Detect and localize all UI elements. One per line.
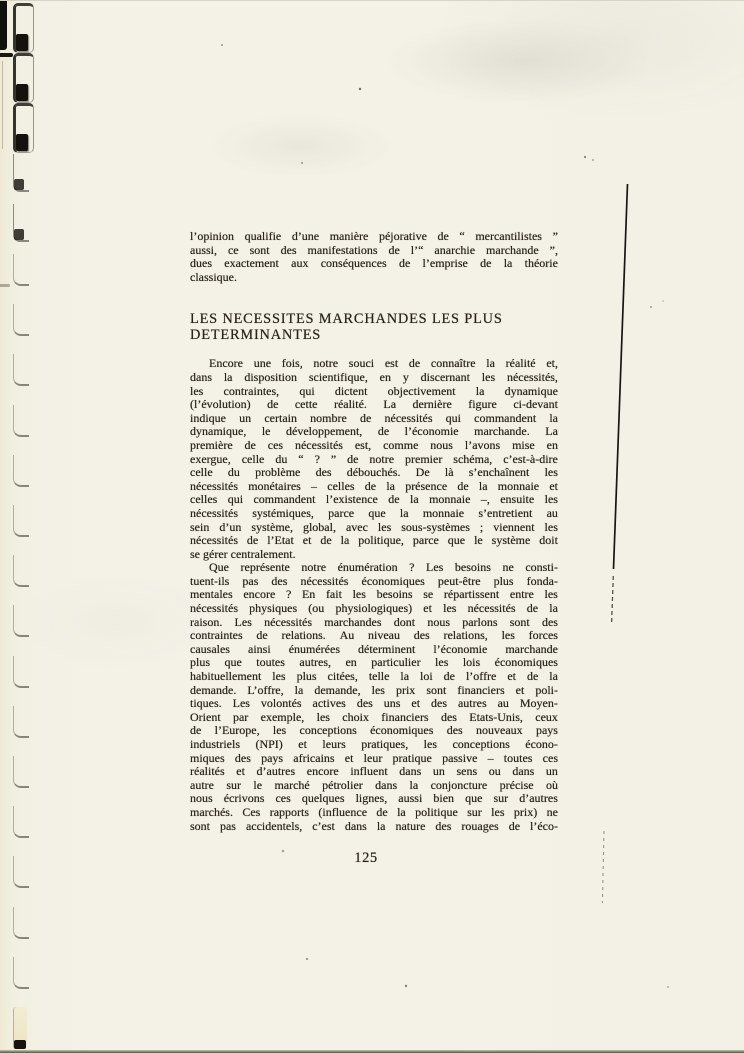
text-block: l’opinionqualified’unemanièrepéjoratived…: [190, 230, 558, 866]
text-line: seind’unsystème,global,aveclessous-systè…: [190, 521, 558, 535]
text-line: LES NECESSITES MARCHANDES LES PLUS: [190, 311, 558, 327]
text-line: l’opinionqualified’unemanièrepéjoratived…: [190, 230, 558, 244]
text-line: aussi,cesontdesmanifestationsdel’“anarch…: [190, 244, 558, 258]
binding-hole-mark: [13, 505, 29, 537]
text-line: exergue,celledu“?”denotrepremierschéma,c…: [190, 453, 558, 467]
text-line: marchés.Cesrapports(influencedelapolitiq…: [190, 806, 558, 820]
body-paragraph-1: l’opinionqualified’unemanièrepéjoratived…: [190, 230, 558, 284]
page-edge-dash: [0, 53, 13, 57]
binding-hole-mark: [13, 53, 34, 103]
text-line: cellesquicommandentl’existencedelamonnai…: [190, 493, 558, 507]
text-line: plusquetoutesautres,enparticulierleslois…: [190, 656, 558, 670]
text-line: tuent-ilspasdesnécessitéséconomiquespeut…: [190, 575, 558, 589]
text-line: classique.: [190, 271, 558, 285]
text-line: (l’évolution)decetteréalité.Ladernièrefi…: [190, 398, 558, 412]
text-line: nécessitéssystémiques,parcequelamonnaies…: [190, 507, 558, 521]
text-line: nousécrivonscesquelqueslignes,aussibienq…: [190, 792, 558, 806]
binding-hole-mark: [13, 806, 29, 838]
page-background: l’opinionqualified’unemanièrepéjoratived…: [0, 0, 744, 1053]
text-line: causalesainsiénuméréesdéterminentl’écono…: [190, 643, 558, 657]
text-line: demande.L’offre,lademande,lesprixsontfin…: [190, 684, 558, 698]
text-line: premièredecesnécessitésest,commenousl’av…: [190, 439, 558, 453]
text-line: dansladispositionscientifique,enydiscern…: [190, 371, 558, 385]
binding-hole-mark: [13, 856, 29, 888]
binding-hole-mark: [13, 455, 29, 487]
text-line: nécessitésmonétaires–cellesdelaprésenced…: [190, 480, 558, 494]
binding-hole-mark: [13, 1007, 27, 1049]
binding-hole-mark: [13, 706, 29, 738]
text-line: nécessitésphysiques(ouphysiologiques)etl…: [190, 602, 558, 616]
text-line: nécessitésdel’Etatetdelapolitique,parceq…: [190, 534, 558, 548]
binding-hole-mark: [13, 756, 29, 788]
binding-hole-mark: [13, 656, 29, 688]
text-line: indiqueuncertainnombredenécessitésquicom…: [190, 412, 558, 426]
text-line: Quereprésentenotreénumération?Lesbesoins…: [190, 561, 558, 575]
page-edge-hairline: [2, 61, 3, 149]
text-line: contraintesderelations.Auniveaudesrelati…: [190, 629, 558, 643]
binding-hole-mark: [13, 605, 29, 637]
page-edge-dash-2: [0, 284, 10, 287]
text-line: mentalesencore?Enfaitlesbesoinsseréparti…: [190, 588, 558, 602]
text-line: tiques.Lesvolontésactivesdesunsetdesautr…: [190, 697, 558, 711]
text-line: raison.Lesnécessitésmarchandesdontnouspa…: [190, 616, 558, 630]
text-line: habituellementlespluscitées,tellelaloide…: [190, 670, 558, 684]
page-number: 125: [190, 852, 542, 866]
section-heading: LES NECESSITES MARCHANDES LES PLUSDETERM…: [190, 311, 558, 343]
text-line: DETERMINANTES: [190, 327, 558, 343]
text-line: industriels(NPI)etleurspratiques,lesconc…: [190, 738, 558, 752]
text-line: réalitésetd’autresencoreinfluentdansunse…: [190, 765, 558, 779]
text-line: Orientparexemple,leschoixfinanciersdesEt…: [190, 711, 558, 725]
text-line: miquesdespaysafricainsetleurpratiquepass…: [190, 752, 558, 766]
text-line: sontpasaccidentels,c’estdanslanaturedesr…: [190, 820, 558, 834]
text-line: se gérer centralement.: [190, 548, 558, 562]
binding-hole-mark: [13, 957, 29, 989]
binding-hole-mark: [13, 405, 29, 437]
binding-hole-mark: [13, 354, 29, 386]
binding-hole-mark: [13, 154, 29, 192]
text-line: celleduproblèmedesdébouchés.Delàs’enchaî…: [190, 466, 558, 480]
body-paragraph-2: Encoreunefois,notresouciestdeconnaîtrela…: [190, 357, 558, 561]
binding-hole-mark: [13, 907, 29, 939]
binding-hole-mark: [13, 3, 34, 53]
binding-hole-mark: [13, 204, 29, 242]
text-line: lescontraintes,quidictentobjectivementla…: [190, 385, 558, 399]
binding-hole-mark: [13, 103, 34, 153]
binding-hole-mark: [13, 304, 29, 336]
text-line: autresurlemarchépétrolierdanslaconjonctu…: [190, 779, 558, 793]
text-line: dynamique,ledéveloppement,del’économiema…: [190, 425, 558, 439]
binding-hole-mark: [13, 254, 29, 286]
text-line: Encoreunefois,notresouciestdeconnaîtrela…: [190, 357, 558, 371]
binding-hole-mark: [13, 555, 29, 587]
text-line: del’Europe,lesconceptionséconomiquesdesn…: [190, 724, 558, 738]
body-paragraph-3: Quereprésentenotreénumération?Lesbesoins…: [190, 561, 558, 833]
text-line: duesexactementauxconséquencesdel’emprise…: [190, 257, 558, 271]
page-edge-bar: [0, 1, 7, 50]
